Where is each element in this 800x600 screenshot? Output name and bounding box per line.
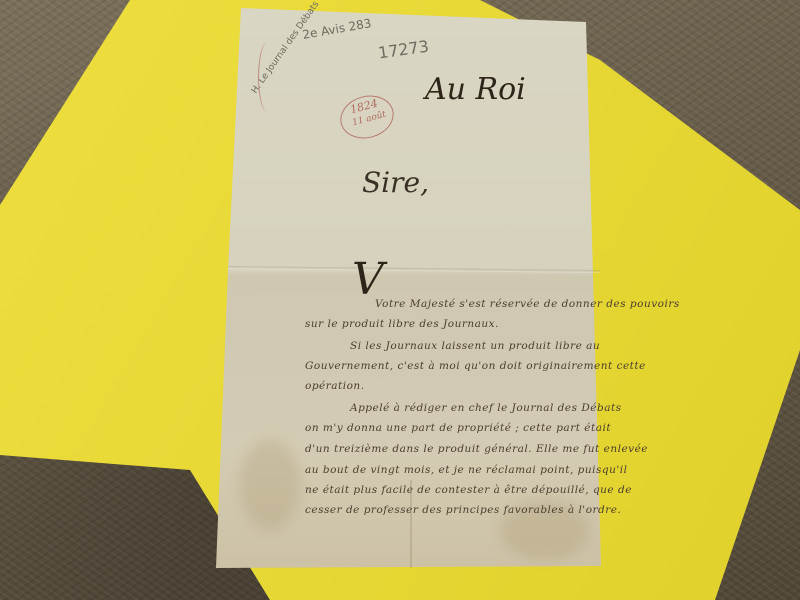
body-line: cesser de professer des principes favora… — [305, 504, 621, 516]
body-line: Votre Majesté s'est réservée de donner d… — [375, 298, 680, 310]
body-line: sur le produit libre des Journaux. — [305, 318, 499, 330]
body-line: ne était plus facile de contester à être… — [305, 484, 632, 496]
body-line: Appelé à rédiger en chef le Journal des … — [350, 402, 622, 414]
body-line: Si les Journaux laissent un produit libr… — [350, 340, 600, 352]
body-line: opération. — [305, 380, 365, 392]
letter-heading: Au Roi — [425, 72, 526, 107]
body-line: Gouvernement, c'est à moi qu'on doit ori… — [305, 360, 646, 372]
body-line: on m'y donna une part de propriété ; cet… — [305, 422, 611, 434]
letter-salutation: Sire, — [362, 166, 429, 199]
body-line: au bout de vingt mois, et je ne réclamai… — [305, 464, 627, 476]
paper-stain — [240, 440, 300, 530]
red-bracket-mark — [258, 42, 277, 112]
body-line: d'un treizième dans le produit général. … — [305, 443, 648, 455]
